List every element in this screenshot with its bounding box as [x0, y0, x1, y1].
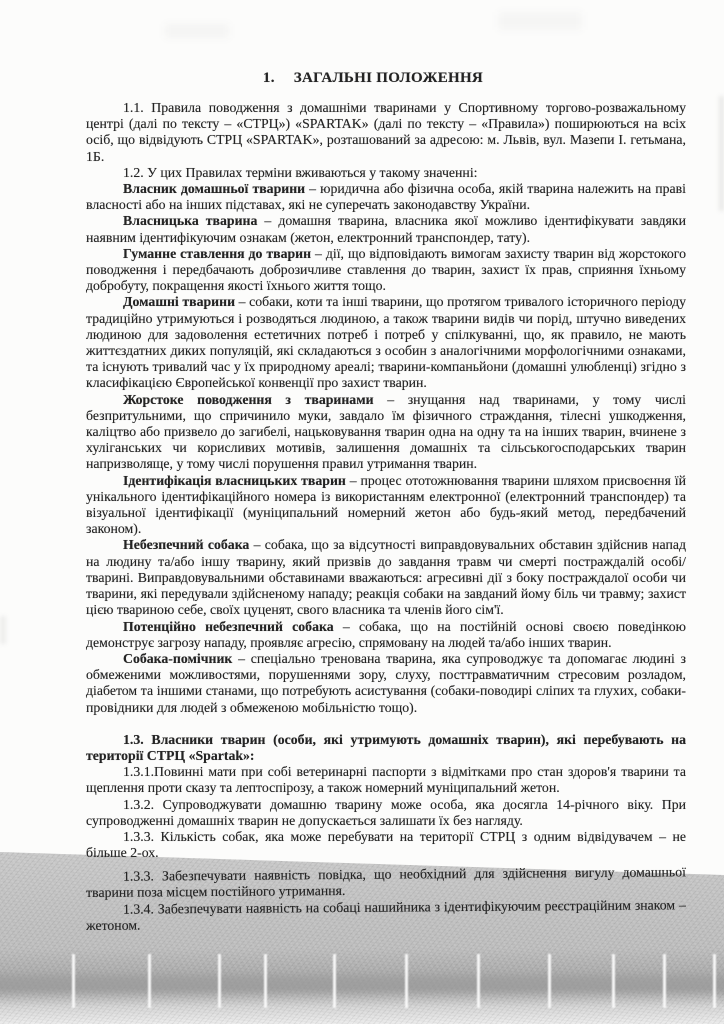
- term-lead: Собака-помічник: [123, 651, 232, 666]
- scan-tick: [612, 954, 615, 1008]
- scan-tick: [477, 954, 480, 1008]
- scanned-document-page: 1.ЗАГАЛЬНІ ПОЛОЖЕННЯ 1.1. Правила поводж…: [0, 0, 724, 1024]
- paragraph: 1.2. У цих Правилах терміни вживаються у…: [86, 165, 686, 181]
- paragraph: Домашні тварини – собаки, коти та інші т…: [86, 294, 686, 391]
- scan-tick: [713, 954, 716, 1008]
- term-lead: Потенційно небезпечний собака: [123, 619, 334, 634]
- paragraph: Жорстоке поводження з тваринами – знущан…: [86, 392, 686, 473]
- scan-dark-band: [0, 976, 724, 992]
- paragraph-text: 1.3.1.Повинні мати при собі ветеринарні …: [86, 764, 686, 795]
- paragraph: 1.3. Власники тварин (особи, які утримую…: [86, 732, 686, 764]
- paragraph: 1.1. Правила поводження з домашніми твар…: [86, 100, 686, 165]
- paragraph: Власницька тварина – домашня тварина, вл…: [86, 213, 686, 245]
- paragraph: Ідентифікація власницьких тварин – проце…: [86, 473, 686, 538]
- paragraph-text: 1.2. У цих Правилах терміни вживаються у…: [123, 165, 477, 180]
- scan-tick: [72, 954, 75, 1008]
- term-lead: Небезпечний собака: [123, 537, 249, 552]
- scan-tick: [548, 954, 551, 1008]
- paragraph-text: 1.3.2. Супроводжувати домашню тварину мо…: [86, 797, 686, 828]
- section-title: ЗАГАЛЬНІ ПОЛОЖЕННЯ: [294, 70, 483, 86]
- paragraph: Власник домашньої тварини – юридична або…: [86, 181, 686, 213]
- scan-tick: [148, 954, 151, 1008]
- term-lead: Ідентифікація власницьких тварин: [123, 473, 346, 488]
- paragraph: Собака-помічник – спеціально тренована т…: [86, 651, 686, 716]
- section-number: 1.: [263, 70, 275, 86]
- term-lead: Жорстоке поводження з тваринами: [123, 392, 374, 407]
- scan-tick: [405, 954, 408, 1008]
- paragraph: 1.3.2. Супроводжувати домашню тварину мо…: [86, 797, 686, 829]
- paragraph: 1.3.1.Повинні мати при собі ветеринарні …: [86, 764, 686, 796]
- paragraph: Гуманне ставлення до тварин – дії, що ві…: [86, 246, 686, 295]
- scan-tick: [333, 954, 336, 1008]
- term-lead: Домашні тварини: [123, 294, 235, 309]
- paragraph: 1.3.4. Забезпечувати наявність на собаці…: [86, 897, 686, 934]
- paragraph-text: 1.3.3. Забезпечувати наявність повідка, …: [86, 865, 686, 901]
- paragraph-text: 1.1. Правила поводження з домашніми твар…: [86, 100, 686, 164]
- scan-tick: [218, 954, 221, 1008]
- paragraph: Потенційно небезпечний собака – собака, …: [86, 619, 686, 651]
- term-lead: Власник домашньої тварини: [123, 181, 305, 196]
- scan-smudge-right: [719, 96, 724, 211]
- paragraph-list: 1.1. Правила поводження з домашніми твар…: [86, 100, 686, 934]
- document-content: 1.ЗАГАЛЬНІ ПОЛОЖЕННЯ 1.1. Правила поводж…: [86, 0, 686, 934]
- scan-tick: [264, 954, 267, 1008]
- paragraph: Небезпечний собака – собака, що за відсу…: [86, 537, 686, 618]
- term-lead: Гуманне ставлення до тварин: [123, 246, 311, 261]
- section-heading: 1.ЗАГАЛЬНІ ПОЛОЖЕННЯ: [73, 70, 673, 87]
- paragraph-text: 1.3.3. Кількість собак, яка може перебув…: [86, 829, 686, 860]
- term-lead: Власницька тварина: [123, 213, 257, 228]
- paragraph: 1.3.3. Кількість собак, яка може перебув…: [86, 829, 686, 861]
- scan-tick: [663, 954, 666, 1008]
- paragraph-text: 1.3. Власники тварин (особи, які утримую…: [86, 732, 686, 763]
- paragraph: 1.3.3. Забезпечувати наявність повідка, …: [86, 865, 686, 902]
- scan-smudge-left: [0, 616, 6, 644]
- paragraph-text: 1.3.4. Забезпечувати наявність на собаці…: [86, 897, 686, 933]
